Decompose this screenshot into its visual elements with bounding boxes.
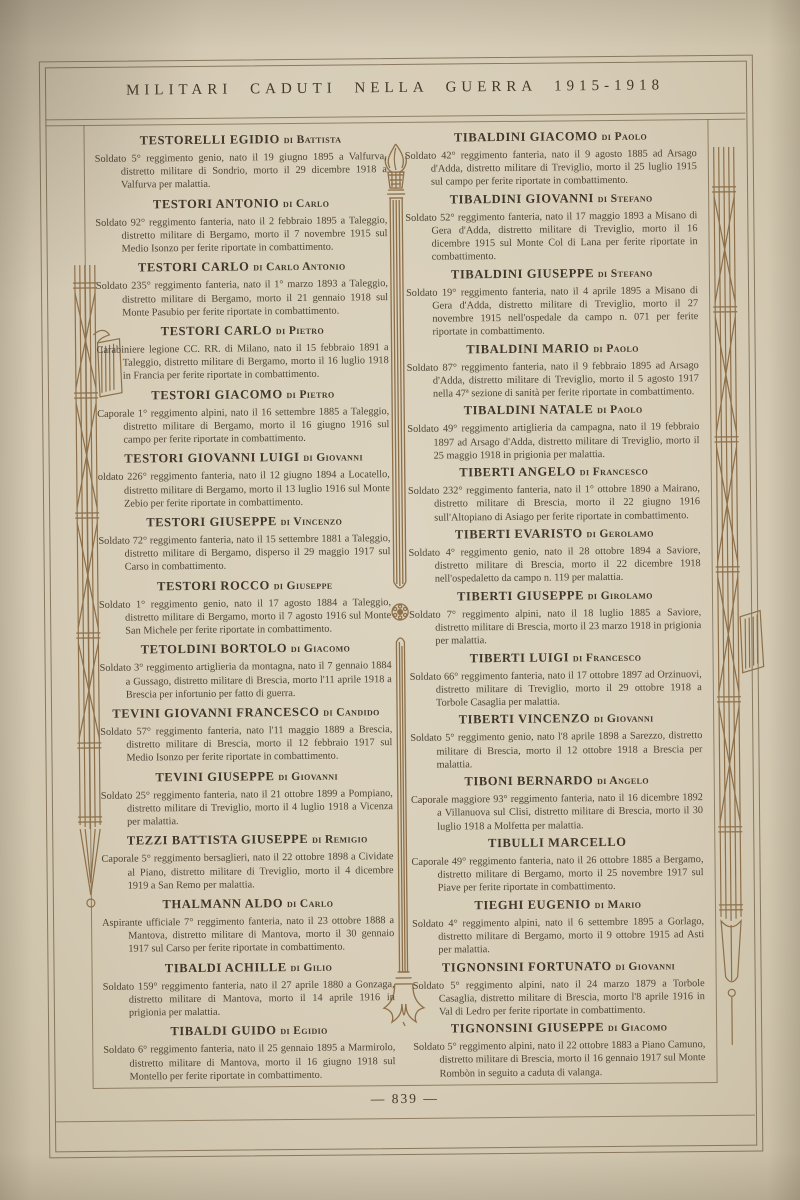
- soldier-name-heading: TIBULLI MARCELLO: [411, 834, 703, 852]
- soldier-name: TEVINI GIOVANNI FRANCESCO: [112, 705, 319, 721]
- book-page: MILITARI CADUTI NELLA GUERRA 1915-1918: [0, 0, 800, 1200]
- soldier-name-heading: TIBALDI ACHILLE di Gilio: [102, 959, 394, 977]
- soldier-patronymic: di Girolamo: [588, 589, 653, 602]
- soldier-patronymic: di Giovanni: [278, 770, 338, 783]
- soldier-name-heading: TEVINI GIOVANNI FRANCESCO di Candido: [100, 704, 392, 722]
- soldier-record: Soldato 42° reggimento fanteria, nato il…: [405, 147, 697, 189]
- soldier-name: TESTORELLI EGIDIO: [140, 132, 280, 147]
- soldier-name: TESTORI CARLO: [138, 260, 250, 275]
- soldier-name-heading: TESTORI CARLO di Carlo Antonio: [96, 258, 388, 276]
- soldier-entry: TIBALDINI MARIO di Paolo Soldato 87° reg…: [407, 340, 700, 401]
- soldier-entry: THALMANN ALDO di Carlo Aspirante ufficia…: [102, 895, 395, 956]
- soldier-record: Soldato 66° reggimento fanteria, nato il…: [410, 668, 702, 710]
- soldier-entry: TIBALDI ACHILLE di Gilio Soldato 159° re…: [102, 959, 395, 1020]
- soldier-patronymic: di Battista: [284, 134, 342, 147]
- soldier-patronymic: di Vincenzo: [281, 516, 343, 529]
- soldier-patronymic: di Pietro: [276, 325, 324, 337]
- soldier-patronymic: di Carlo: [283, 197, 330, 209]
- soldier-entry: TIEGHI EUGENIO di Mario Soldato 4° reggi…: [412, 896, 705, 957]
- soldier-entry: TIBALDINI GIACOMO di Paolo Soldato 42° r…: [404, 128, 697, 189]
- soldier-entry: TEZZI BATTISTA GIUSEPPE di Remigio Capor…: [101, 831, 394, 892]
- soldier-patronymic: di Giacomo: [608, 1022, 667, 1035]
- soldier-entry: TIBERTI ANGELO di Francesco Soldato 232°…: [408, 463, 701, 524]
- soldier-name: TIBALDI ACHILLE: [165, 960, 287, 975]
- soldier-record: Soldato 6° reggimento fanteria, nato il …: [103, 1041, 395, 1083]
- soldier-name: TIGNONSINI FORTUNATO: [442, 958, 612, 974]
- soldier-name-heading: TIBALDINI GIOVANNI di Stefano: [405, 190, 697, 208]
- soldier-entry: TIBERTI EVARISTO di Gerolamo Soldato 4° …: [408, 525, 701, 586]
- soldier-entry: TIBULLI MARCELLO Caporale 49° reggimento…: [411, 834, 704, 895]
- soldier-name-heading: TEZZI BATTISTA GIUSEPPE di Remigio: [101, 831, 393, 849]
- soldier-record: Soldato 235° reggimento fanteria, nato i…: [96, 277, 388, 319]
- soldier-name: TEVINI GIUSEPPE: [155, 769, 274, 784]
- soldier-name-heading: TIBERTI ANGELO di Francesco: [408, 463, 700, 481]
- soldier-name-heading: TESTORELLI EGIDIO di Battista: [95, 131, 387, 149]
- soldier-patronymic: di Giacomo: [291, 643, 350, 656]
- soldier-name-heading: TIBALDINI GIUSEPPE di Stefano: [406, 265, 698, 283]
- soldier-name: TESTORI CARLO: [161, 323, 273, 338]
- soldier-entry: TESTORELLI EGIDIO di Battista Soldato 5°…: [95, 131, 388, 192]
- soldier-record: Soldato 19° reggimento fanteria, nato il…: [406, 284, 698, 339]
- soldier-name: TIBERTI EVARISTO: [455, 526, 583, 541]
- soldier-name: TESTORI GIUSEPPE: [146, 514, 277, 529]
- soldier-patronymic: di Stefano: [598, 267, 653, 280]
- soldier-entry: TEVINI GIUSEPPE di Giovanni Soldato 25° …: [101, 768, 394, 829]
- soldier-name: TIBALDINI GIUSEPPE: [451, 266, 594, 281]
- soldier-name: TIEGHI EUGENIO: [474, 897, 591, 912]
- soldier-patronymic: di Angelo: [597, 775, 649, 787]
- soldier-record: Soldato 4° reggimento alpini, nato il 6 …: [412, 915, 704, 957]
- soldier-record: Soldato 72° reggimento fanteria, nato il…: [98, 532, 390, 574]
- soldier-record: Soldato 232° reggimento fanteria, nato i…: [408, 482, 700, 524]
- soldier-name-heading: TIBALDINI MARIO di Paolo: [407, 340, 699, 358]
- soldier-name-heading: TESTORI GIOVANNI LUIGI di Giovanni: [98, 449, 390, 467]
- soldier-record: Soldato 1° reggimento genio, nato il 17 …: [99, 596, 391, 638]
- soldier-record: Soldato 52° reggimento fanteria, nato il…: [405, 209, 697, 264]
- soldier-record: Soldato 92° reggimento fanteria, nato il…: [95, 214, 387, 256]
- soldier-name: TIBERTI VINCENZO: [459, 712, 591, 727]
- soldier-name: TIGNONSINI GIUSEPPE: [451, 1020, 605, 1035]
- soldier-entry: TIBONI BERNARDO di Angelo Caporale maggi…: [411, 772, 704, 833]
- soldier-record: oldato 226° reggimento fanteria, nato il…: [98, 468, 390, 510]
- soldier-record: Soldato 5° reggimento alpini, nato il 22…: [413, 1038, 705, 1080]
- soldier-record: Caporale 1° reggimento alpini, nato il 1…: [97, 405, 389, 447]
- soldier-name: TEZZI BATTISTA GIUSEPPE: [127, 832, 309, 848]
- soldier-name: TIBERTI GIUSEPPE: [457, 588, 584, 603]
- soldier-patronymic: di Carlo: [287, 898, 334, 910]
- soldier-name: TIBERTI LUIGI: [470, 650, 570, 665]
- soldier-patronymic: di Egidio: [280, 1025, 328, 1037]
- soldier-name-heading: TIBALDINI NATALE di Paolo: [407, 402, 699, 420]
- soldier-name-heading: TIGNONSINI FORTUNATO di Giovanni: [412, 958, 704, 976]
- soldier-patronymic: di Giuseppe: [274, 579, 333, 592]
- soldier-entry: TEVINI GIOVANNI FRANCESCO di Candido Sol…: [100, 704, 393, 765]
- soldier-patronymic: di Francesco: [580, 466, 649, 479]
- soldier-record: Soldato 3° reggimento artiglieria da mon…: [100, 659, 392, 701]
- soldier-name: TESTORI GIOVANNI LUIGI: [124, 450, 299, 466]
- soldier-name: TIBULLI MARCELLO: [488, 835, 627, 850]
- soldier-name: TIBONI BERNARDO: [464, 773, 593, 788]
- soldier-name-heading: TIBALDI GUIDO di Egidio: [103, 1022, 395, 1040]
- soldier-patronymic: di Giovanni: [615, 960, 675, 973]
- soldier-patronymic: di Giovanni: [594, 713, 654, 726]
- soldier-record: Soldato 5° reggimento alpini, nato il 24…: [413, 977, 705, 1019]
- soldier-entry: TESTORI ANTONIO di Carlo Soldato 92° reg…: [95, 195, 388, 256]
- soldier-record: Soldato 5° reggimento genio, nato il 19 …: [95, 150, 387, 192]
- soldier-name-heading: TIBERTI VINCENZO di Giovanni: [410, 710, 702, 728]
- soldier-patronymic: di Paolo: [602, 131, 648, 143]
- soldier-name-heading: TIBONI BERNARDO di Angelo: [411, 772, 703, 790]
- soldier-patronymic: di Giovanni: [303, 452, 363, 465]
- soldier-name-heading: TETOLDINI BORTOLO di Giacomo: [99, 640, 391, 658]
- soldier-name: TIBALDINI GIOVANNI: [450, 191, 594, 206]
- soldier-entry: TIGNONSINI FORTUNATO di Giovanni Soldato…: [412, 958, 705, 1019]
- soldier-name: TIBERTI ANGELO: [459, 465, 576, 480]
- soldier-entry: TESTORI CARLO di Pietro Carabiniere legi…: [96, 322, 389, 383]
- soldier-entry: TIBALDINI GIUSEPPE di Stefano Soldato 19…: [406, 265, 699, 339]
- soldier-entry: TIGNONSINI GIUSEPPE di Giacomo Soldato 5…: [413, 1019, 706, 1080]
- soldier-record: Soldato 87° reggimento fanteria, nato il…: [407, 359, 699, 401]
- soldier-name-heading: TIEGHI EUGENIO di Mario: [412, 896, 704, 914]
- soldier-name: THALMANN ALDO: [162, 896, 283, 911]
- soldier-record: Caporale 49° reggimento fanteria, nato i…: [411, 853, 703, 895]
- soldier-name-heading: TIGNONSINI GIUSEPPE di Giacomo: [413, 1019, 705, 1037]
- soldier-name: TESTORI GIACOMO: [151, 387, 283, 402]
- soldier-record: Soldato 5° reggimento genio, nato l'8 ap…: [410, 729, 702, 771]
- column-left: TESTORELLI EGIDIO di Battista Soldato 5°…: [95, 131, 396, 1084]
- soldier-record: Soldato 25° reggimento fanteria, nato il…: [101, 787, 393, 829]
- soldier-entry: TIBALDINI NATALE di Paolo Soldato 49° re…: [407, 402, 700, 463]
- soldier-entry: TESTORI GIOVANNI LUIGI di Giovanni oldat…: [98, 449, 391, 510]
- soldier-name: TESTORI ROCCO: [157, 578, 270, 593]
- soldier-name-heading: TESTORI GIACOMO di Pietro: [97, 386, 389, 404]
- soldier-name-heading: TIBALDINI GIACOMO di Paolo: [404, 128, 696, 146]
- soldier-patronymic: di Carlo Antonio: [253, 261, 346, 274]
- soldier-patronymic: di Candido: [323, 706, 380, 719]
- soldier-record: Caporale maggiore 93° reggimento fanteri…: [411, 791, 703, 833]
- soldier-record: Soldato 4° reggimento genio, nato il 28 …: [408, 544, 700, 586]
- soldier-record: Aspirante ufficiale 7° reggimento fanter…: [102, 914, 394, 956]
- soldier-name-heading: TESTORI GIUSEPPE di Vincenzo: [98, 513, 390, 531]
- soldier-name: TIBALDINI GIACOMO: [454, 129, 598, 144]
- soldier-patronymic: di Paolo: [597, 404, 643, 416]
- soldier-record: Soldato 57° reggimento fanteria, nato l'…: [100, 723, 392, 765]
- soldier-name-heading: THALMANN ALDO di Carlo: [102, 895, 394, 913]
- soldier-patronymic: di Remigio: [312, 834, 368, 847]
- column-right: TIBALDINI GIACOMO di Paolo Soldato 42° r…: [404, 128, 705, 1081]
- soldier-entry: TIBERTI LUIGI di Francesco Soldato 66° r…: [409, 649, 702, 710]
- soldier-entry: TETOLDINI BORTOLO di Giacomo Soldato 3° …: [99, 640, 392, 701]
- soldier-entry: TESTORI CARLO di Carlo Antonio Soldato 2…: [96, 258, 389, 319]
- soldier-patronymic: di Gerolamo: [586, 528, 653, 541]
- soldier-name-heading: TIBERTI GIUSEPPE di Girolamo: [409, 587, 701, 605]
- soldier-name: TIBALDINI NATALE: [464, 403, 594, 418]
- soldier-entry: TESTORI GIACOMO di Pietro Caporale 1° re…: [97, 386, 390, 447]
- soldier-entry: TESTORI ROCCO di Giuseppe Soldato 1° reg…: [99, 577, 392, 638]
- soldier-entry: TIBERTI GIUSEPPE di Girolamo Soldato 7° …: [409, 587, 702, 648]
- soldier-name-heading: TIBERTI LUIGI di Francesco: [409, 649, 701, 667]
- soldier-name-heading: TESTORI ANTONIO di Carlo: [95, 195, 387, 213]
- soldier-name: TIBALDI GUIDO: [170, 1024, 276, 1039]
- soldier-entry: TIBALDI GUIDO di Egidio Soldato 6° reggi…: [103, 1022, 396, 1083]
- soldier-entry: TIBERTI VINCENZO di Giovanni Soldato 5° …: [410, 710, 703, 771]
- soldier-record: Soldato 7° reggimento alpini, nato il 18…: [409, 606, 701, 648]
- soldier-name-heading: TEVINI GIUSEPPE di Giovanni: [101, 768, 393, 786]
- soldier-name: TESTORI ANTONIO: [153, 196, 279, 211]
- soldier-patronymic: di Paolo: [593, 342, 639, 354]
- soldier-record: Soldato 159° reggimento fanteria, nato i…: [103, 978, 395, 1020]
- soldier-entry: TIBALDINI GIOVANNI di Stefano Soldato 52…: [405, 190, 698, 264]
- soldier-name: TETOLDINI BORTOLO: [141, 641, 288, 656]
- soldier-patronymic: di Stefano: [598, 192, 653, 205]
- soldier-record: Soldato 49° reggimento artiglieria da ca…: [407, 421, 699, 463]
- soldier-name: TIBALDINI MARIO: [466, 341, 589, 356]
- soldier-name-heading: TIBERTI EVARISTO di Gerolamo: [408, 525, 700, 543]
- soldier-record: Caporale 5° reggimento bersaglieri, nato…: [101, 850, 393, 892]
- soldier-name-heading: TESTORI CARLO di Pietro: [96, 322, 388, 340]
- soldier-entry: TESTORI GIUSEPPE di Vincenzo Soldato 72°…: [98, 513, 391, 574]
- soldier-patronymic: di Mario: [595, 898, 642, 910]
- soldier-patronymic: di Gilio: [290, 961, 332, 973]
- soldier-record: Carabiniere legione CC. RR. di Milano, n…: [97, 341, 389, 383]
- soldier-patronymic: di Francesco: [573, 651, 642, 664]
- soldier-name-heading: TESTORI ROCCO di Giuseppe: [99, 577, 391, 595]
- soldier-patronymic: di Pietro: [286, 388, 334, 400]
